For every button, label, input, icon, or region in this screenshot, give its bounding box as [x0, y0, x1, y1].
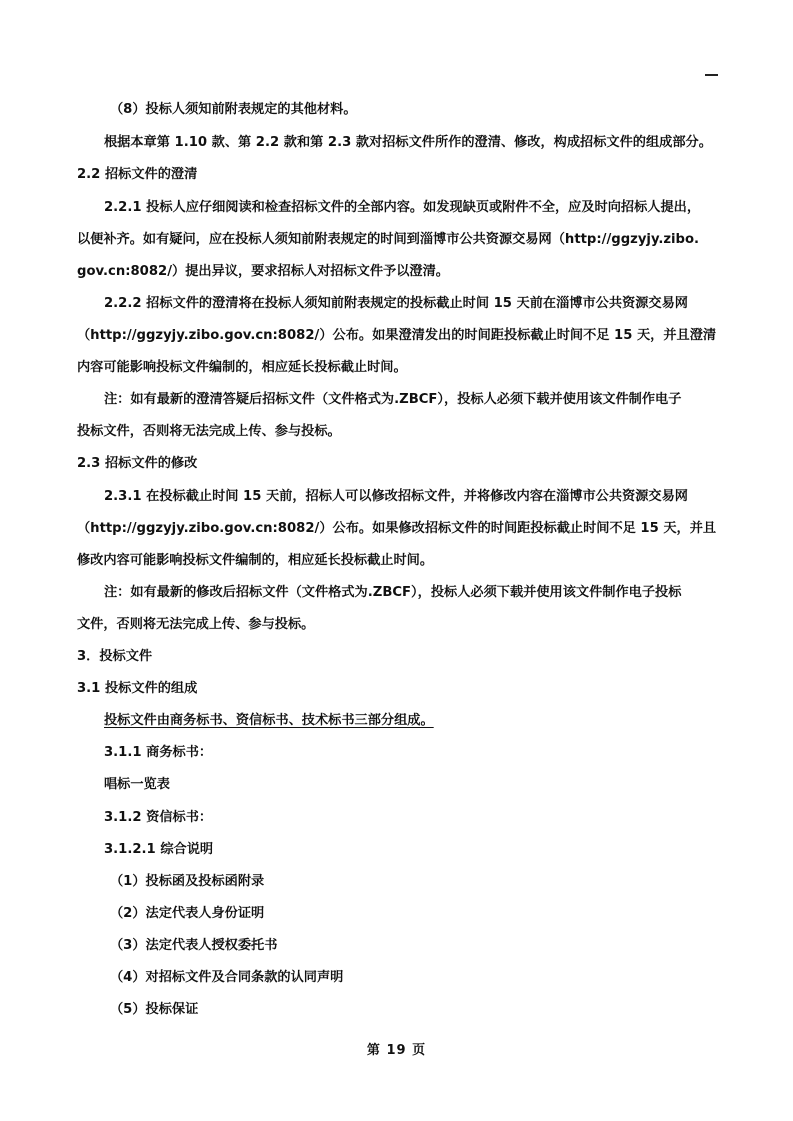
page-number: 第 19 页	[0, 1039, 793, 1058]
paragraph-2-2-2-line-3: 内容可能影响投标文件编制的，相应延长投标截止时间。	[77, 358, 717, 378]
subheading-3-1-2: 3.1.2 资信标书：	[104, 808, 744, 828]
section-heading-3-1: 3.1 投标文件的组成	[77, 679, 717, 699]
list-item-4: （4）对招标文件及合同条款的认同声明	[110, 968, 750, 988]
paragraph-2-2-1-line-2: 以便补齐。如有疑问，应在投标人须知前附表规定的时间到淄博市公共资源交易网（htt…	[77, 230, 717, 250]
paragraph-2-2-2-line-2: （http://ggzyjy.zibo.gov.cn:8082/）公布。如果澄清…	[77, 326, 717, 346]
section-heading-2-2: 2.2 招标文件的澄清	[77, 165, 717, 185]
subheading-3-1-1: 3.1.1 商务标书：	[104, 743, 744, 763]
note-clarification-line-1: 注：如有最新的澄清答疑后招标文件（文件格式为.ZBCF），投标人必须下载并使用该…	[104, 390, 744, 410]
list-item-3: （3）法定代表人授权委托书	[110, 936, 750, 956]
list-item-8-other-materials: （8）投标人须知前附表规定的其他材料。	[110, 100, 750, 120]
bid-composition-statement: 投标文件由商务标书、资信标书、技术标书三部分组成。	[104, 711, 744, 731]
subheading-3-1-2-1: 3.1.2.1 综合说明	[104, 840, 744, 860]
paragraph-2-2-1-line-3: gov.cn:8082/）提出异议，要求招标人对招标文件予以澄清。	[77, 262, 717, 282]
paragraph-2-2-1-line-1: 2.2.1 投标人应仔细阅读和检查招标文件的全部内容。如发现缺页或附件不全，应及…	[104, 198, 744, 218]
note-modification-line-2: 文件，否则将无法完成上传、参与投标。	[77, 615, 717, 635]
section-heading-2-3: 2.3 招标文件的修改	[77, 454, 717, 474]
item-bid-opening-summary: 唱标一览表	[104, 775, 744, 795]
paragraph-2-2-2-line-1: 2.2.2 招标文件的澄清将在投标人须知前附表规定的投标截止时间 15 天前在淄…	[104, 294, 744, 314]
document-page: （8）投标人须知前附表规定的其他材料。 根据本章第 1.10 款、第 2.2 款…	[0, 0, 793, 1121]
list-item-2: （2）法定代表人身份证明	[110, 904, 750, 924]
paragraph-2-3-1-line-1: 2.3.1 在投标截止时间 15 天前，招标人可以修改招标文件，并将修改内容在淄…	[104, 487, 744, 507]
note-modification-line-1: 注：如有最新的修改后招标文件（文件格式为.ZBCF），投标人必须下载并使用该文件…	[104, 583, 744, 603]
section-heading-3: 3．投标文件	[77, 647, 717, 667]
corner-dash-mark	[705, 74, 718, 76]
note-clarification-line-2: 投标文件，否则将无法完成上传、参与投标。	[77, 422, 717, 442]
list-item-5: （5）投标保证	[110, 1000, 750, 1020]
paragraph-composition-note: 根据本章第 1.10 款、第 2.2 款和第 2.3 款对招标文件所作的澄清、修…	[104, 133, 744, 153]
list-item-1: （1）投标函及投标函附录	[110, 872, 750, 892]
paragraph-2-3-1-line-3: 修改内容可能影响投标文件编制的，相应延长投标截止时间。	[77, 551, 717, 571]
paragraph-2-3-1-line-2: （http://ggzyjy.zibo.gov.cn:8082/）公布。如果修改…	[77, 519, 717, 539]
